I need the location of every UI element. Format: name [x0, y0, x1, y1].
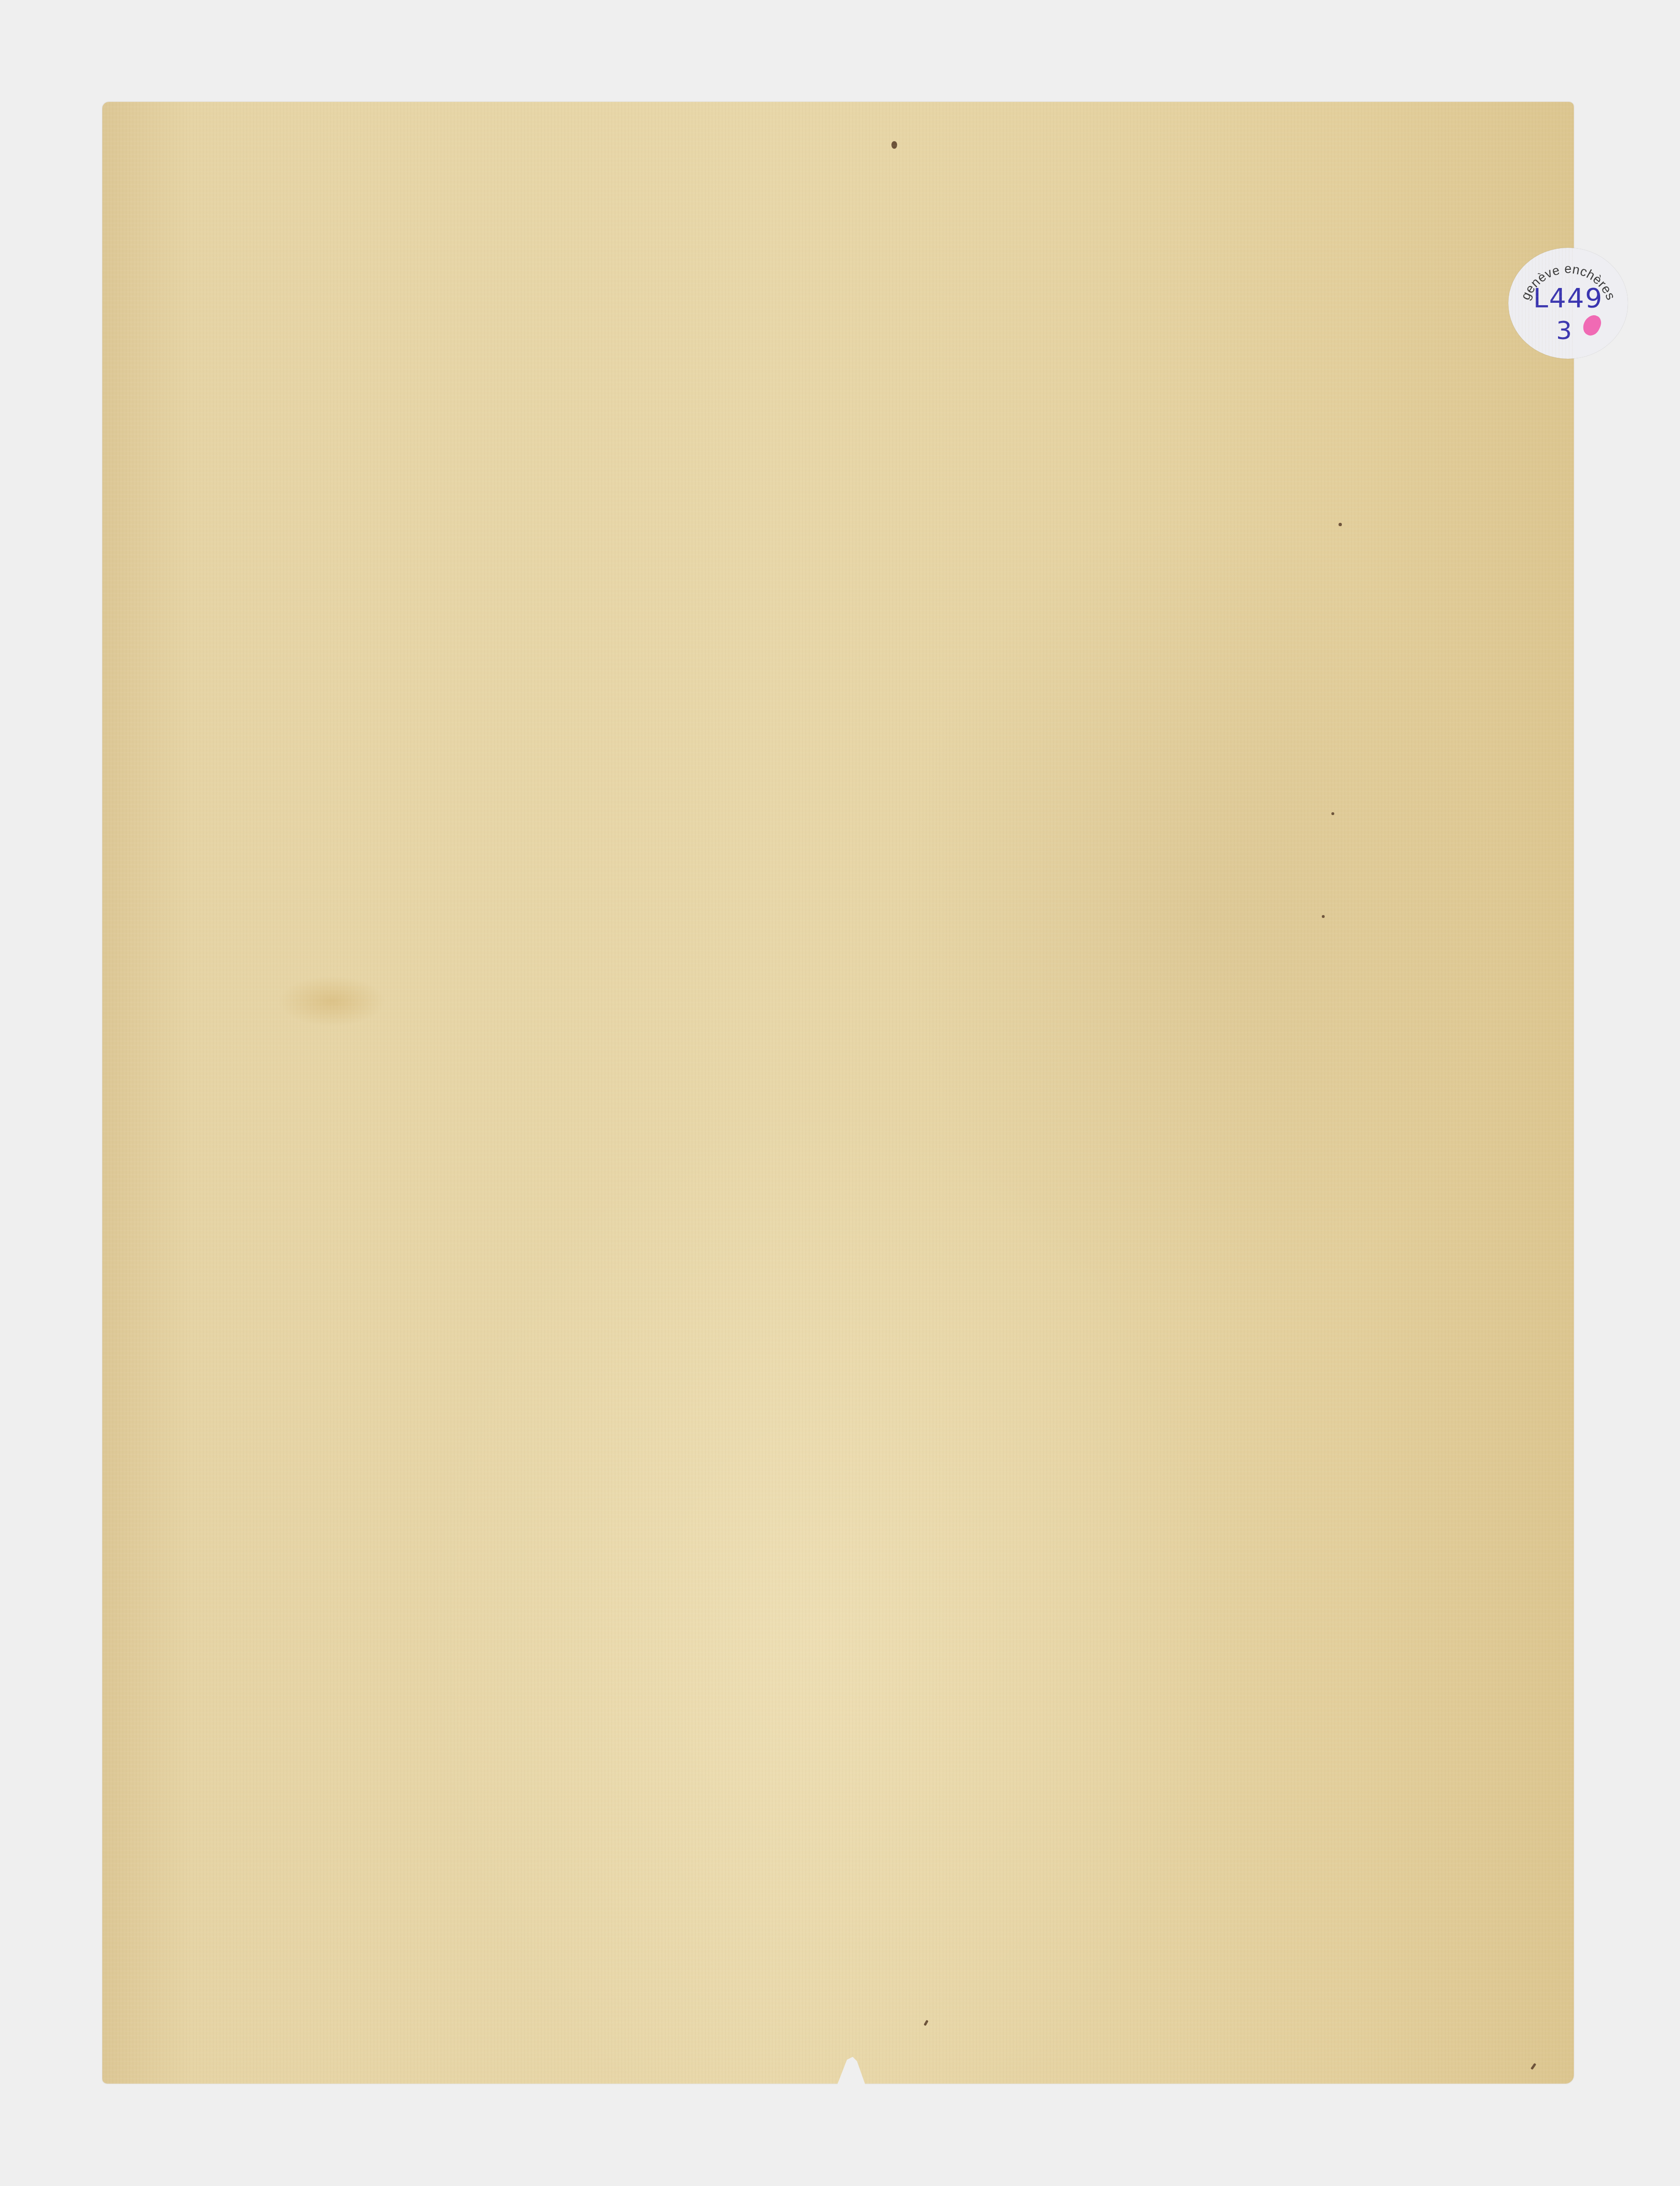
- auction-lot-sticker: genève enchères L449 3: [1508, 248, 1628, 359]
- dirt-speck: [1339, 523, 1342, 526]
- dirt-speck: [923, 2020, 928, 2026]
- ink-speck: [891, 141, 897, 149]
- dirt-speck: [1331, 812, 1334, 815]
- lot-number: L449: [1508, 285, 1628, 312]
- paper-sheet: genève enchères L449 3: [102, 102, 1574, 2084]
- dirt-speck: [1322, 915, 1325, 918]
- lot-sub-number: 3: [1556, 319, 1572, 343]
- dirt-speck: [1530, 2063, 1536, 2070]
